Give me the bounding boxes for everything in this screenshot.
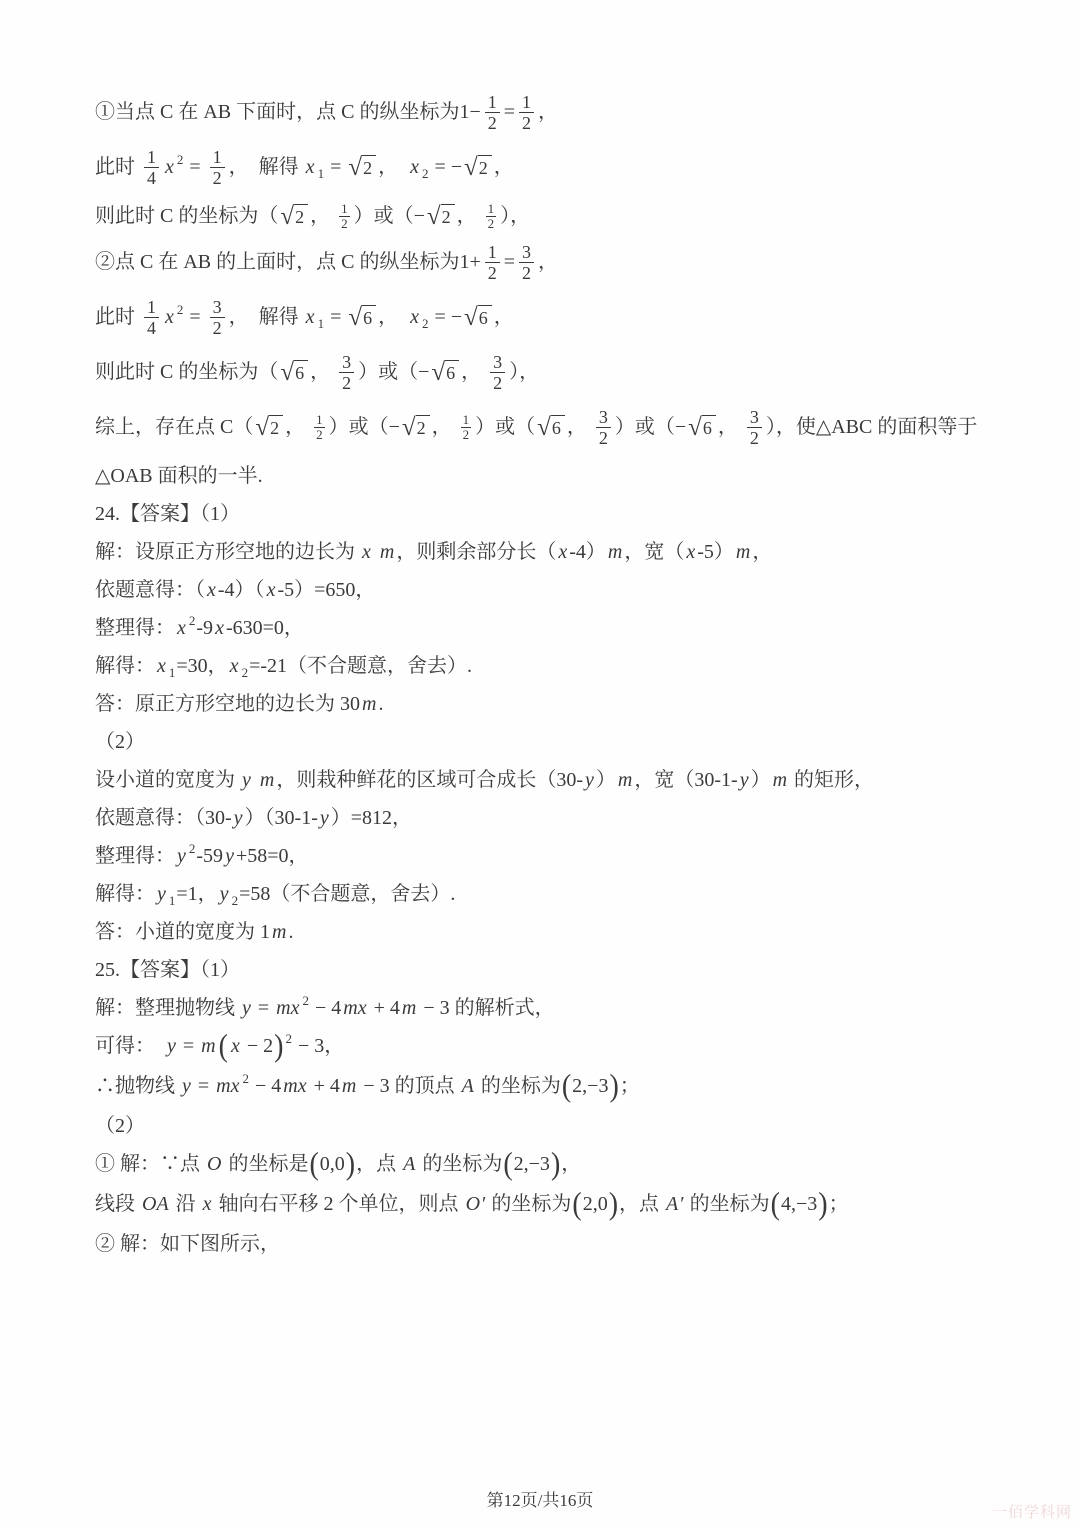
text-segment: ）或（ — [475, 413, 535, 442]
fraction-numerator: 1 — [485, 242, 500, 262]
fraction-denominator: 2 — [519, 112, 534, 133]
radicand: 6 — [702, 415, 716, 439]
fraction-denominator: 4 — [144, 167, 159, 188]
square-root: √2 — [427, 204, 455, 229]
fraction: 32 — [596, 407, 611, 448]
text-segment: -630=0， — [226, 614, 304, 643]
text-segment: = − — [429, 153, 462, 182]
text-segment: ； — [620, 1072, 640, 1101]
subscript: 1 — [317, 309, 326, 338]
text-segment: 答：原正方形空地的边长为 30 — [95, 690, 360, 719]
square-root: √6 — [464, 305, 492, 330]
text-line: 答：原正方形空地的边长为 30m. — [95, 690, 1045, 719]
text-segment: ， — [561, 1150, 581, 1179]
fraction-numerator: 1 — [519, 92, 534, 112]
text-line: ② 解：如下图所示， — [95, 1230, 1045, 1259]
radicand: 2 — [441, 204, 455, 228]
radical-sign: √ — [427, 204, 441, 229]
text-segment: （2） — [95, 728, 145, 757]
superscript: 2 — [302, 986, 311, 1015]
text-segment: +58=0， — [236, 842, 309, 871]
text-segment: ， — [494, 153, 514, 182]
text-line: 此时 14x2 = 12， 解得 x1 = √2， x2 = −√2， — [95, 147, 1045, 188]
text-segment: 则此时 C 的坐标为（ — [95, 202, 278, 231]
radicand: 2 — [294, 204, 308, 228]
text-segment: ， 解得 — [229, 153, 304, 182]
text-segment: ，点 — [619, 1190, 664, 1219]
text-segment: ）=812， — [331, 804, 412, 833]
square-root: √2 — [255, 415, 283, 440]
text-segment: -4） — [569, 538, 606, 567]
math-variable: y — [165, 1032, 178, 1061]
fraction-numerator: 3 — [596, 407, 611, 427]
fraction: 32 — [210, 297, 225, 338]
text-segment: ）或（− — [329, 413, 400, 442]
text-segment: = − — [429, 303, 462, 332]
text-segment: 可得： — [95, 1032, 165, 1061]
square-root: √2 — [464, 155, 492, 180]
text-segment: -4）（ — [218, 576, 265, 605]
text-segment: = — [504, 248, 515, 277]
superscript: 2 — [188, 606, 197, 635]
math-variable: m — [400, 994, 418, 1023]
math-variable: mx — [281, 1072, 308, 1101]
text-segment: ① 解：∵点 — [95, 1150, 205, 1179]
text-line: 整理得：y2-59y+58=0， — [95, 842, 1045, 871]
text-segment: 此时 — [95, 153, 140, 182]
text-line: 此时 14x2 = 32， 解得 x1 = √6， x2 = −√6， — [95, 297, 1045, 338]
text-segment: ②点 C 在 AB 的上面时，点 C 的纵坐标为1+ — [95, 248, 481, 277]
text-line: ②点 C 在 AB 的上面时，点 C 的纵坐标为1+12=32， — [95, 242, 1045, 283]
fraction-numerator: 3 — [519, 242, 534, 262]
math-variable: x — [304, 153, 317, 182]
text-segment: ， — [310, 202, 335, 231]
fraction: 12 — [485, 92, 500, 133]
text-segment: + 4 — [369, 994, 400, 1023]
math-variable: OA — [140, 1190, 171, 1219]
text-segment: 依题意得：（ — [95, 576, 205, 605]
superscript: 2 — [176, 145, 185, 174]
radical-sign: √ — [348, 305, 362, 330]
text-line: 解：设原正方形空地的边长为 x m，则剩余部分长（x-4）m，宽（x-5）m， — [95, 538, 1045, 567]
text-segment: 0,0 — [320, 1150, 345, 1179]
text-segment: 25.【答案】（1） — [95, 956, 240, 985]
math-variable: O — [205, 1150, 223, 1179]
fraction-numerator: 3 — [210, 297, 225, 317]
square-root: √2 — [402, 415, 430, 440]
text-segment: ， — [310, 358, 335, 387]
text-line: ①当点 C 在 AB 下面时，点 C 的纵坐标为1−12=12， — [95, 92, 1045, 133]
radicand: 6 — [294, 360, 308, 384]
text-segment: （2） — [95, 1112, 145, 1141]
big-paren: ( — [218, 1030, 229, 1062]
fraction: 14 — [144, 147, 159, 188]
square-root: √2 — [348, 155, 376, 180]
math-variable: y — [583, 766, 596, 795]
text-line: 整理得：x2-9x-630=0， — [95, 614, 1045, 643]
text-segment: 轴向右平移 2 个单位，则点 — [214, 1190, 464, 1219]
text-segment: ）或（− — [615, 413, 686, 442]
big-paren: ) — [817, 1188, 828, 1220]
text-segment: 2,0 — [583, 1190, 608, 1219]
math-variable: x — [213, 614, 226, 643]
text-segment: △OAB 面积的一半. — [95, 462, 263, 491]
math-variable: y — [232, 804, 245, 833]
square-root: √6 — [348, 305, 376, 330]
text-segment: 2,−3 — [514, 1150, 550, 1179]
radicand: 6 — [551, 415, 565, 439]
text-segment: 沿 — [171, 1190, 201, 1219]
big-paren: ) — [550, 1148, 561, 1180]
math-variable: y — [240, 766, 253, 795]
text-segment: − 3 的顶点 — [358, 1072, 459, 1101]
text-segment: ， — [718, 413, 743, 442]
text-segment: = — [325, 303, 346, 332]
text-segment: = — [325, 153, 346, 182]
radical-sign: √ — [255, 415, 269, 440]
math-variable: m — [270, 918, 288, 947]
text-segment: ， — [461, 358, 486, 387]
fraction-denominator: 2 — [314, 427, 325, 442]
fraction: 12 — [314, 413, 325, 442]
math-variable: m — [360, 690, 378, 719]
text-segment: ； — [829, 1190, 849, 1219]
math-variable: A — [664, 1190, 680, 1219]
math-variable: m — [199, 1032, 217, 1061]
text-segment: =-21（不合题意，舍去）. — [249, 652, 472, 681]
fraction: 32 — [490, 352, 505, 393]
text-segment: 整理得： — [95, 614, 175, 643]
text-segment: . — [288, 918, 293, 947]
big-paren: ( — [502, 1148, 513, 1180]
text-segment: ，则剩余部分长（ — [396, 538, 556, 567]
text-segment: 解得： — [95, 652, 155, 681]
math-variable: m — [378, 538, 396, 567]
big-paren: ) — [608, 1070, 619, 1102]
math-variable: x — [556, 538, 569, 567]
superscript: 2 — [242, 1064, 251, 1093]
text-segment: ） — [596, 766, 616, 795]
radical-sign: √ — [537, 415, 551, 440]
fraction-denominator: 2 — [485, 112, 500, 133]
text-segment: 的坐标为 — [417, 1150, 502, 1179]
math-variable: x — [229, 1032, 242, 1061]
math-variable: m — [771, 766, 789, 795]
fraction-numerator: 1 — [339, 202, 350, 216]
square-root: √2 — [280, 204, 308, 229]
text-segment: 解：整理抛物线 — [95, 994, 240, 1023]
text-segment: 4,−3 — [781, 1190, 817, 1219]
text-segment: ， — [538, 98, 558, 127]
math-variable: mx — [341, 994, 368, 1023]
text-segment: =30， — [176, 652, 227, 681]
text-segment: ∴抛物线 — [95, 1072, 180, 1101]
math-variable: y — [240, 994, 253, 1023]
text-segment: ， 解得 — [229, 303, 304, 332]
subscript: 2 — [231, 886, 240, 915]
radicand: 6 — [362, 305, 376, 329]
fraction: 12 — [485, 242, 500, 283]
math-variable: x — [175, 614, 188, 643]
math-variable: x — [205, 576, 218, 605]
fraction-numerator: 1 — [210, 147, 225, 167]
math-variable: x — [228, 652, 241, 681]
text-segment: 整理得： — [95, 842, 175, 871]
page-number: 第12页/共16页 — [0, 1486, 1080, 1511]
fraction-numerator: 3 — [339, 352, 354, 372]
math-variable: x — [265, 576, 278, 605]
text-segment: ，点 — [356, 1150, 401, 1179]
fraction: 12 — [486, 202, 497, 231]
text-segment: ② 解：如下图所示， — [95, 1230, 280, 1259]
text-segment: ）， — [509, 358, 539, 387]
text-segment: -9 — [196, 614, 213, 643]
fraction-numerator: 1 — [314, 413, 325, 427]
text-segment: ）或（− — [358, 358, 429, 387]
big-paren: ) — [345, 1148, 356, 1180]
fraction: 12 — [339, 202, 350, 231]
fraction-numerator: 1 — [461, 413, 472, 427]
text-line: 答：小道的宽度为 1m. — [95, 918, 1045, 947]
text-line: ① 解：∵点 O 的坐标是(0,0)，点 A 的坐标为(2,−3)， — [95, 1150, 1045, 1179]
text-segment: 24.【答案】（1） — [95, 500, 240, 529]
math-variable: y — [318, 804, 331, 833]
fraction-denominator: 4 — [144, 317, 159, 338]
fraction-denominator: 2 — [339, 216, 350, 231]
math-variable: mx — [274, 994, 301, 1023]
text-segment: = — [184, 303, 205, 332]
fraction-denominator: 2 — [461, 427, 472, 442]
text-segment: 线段 — [95, 1190, 140, 1219]
text-segment: = — [178, 1032, 199, 1061]
watermark: 一佰学科网 — [992, 1501, 1072, 1522]
fraction-denominator: 2 — [210, 317, 225, 338]
text-segment: 解：设原正方形空地的边长为 — [95, 538, 360, 567]
text-segment: ，宽（ — [624, 538, 684, 567]
text-line: 解得：x1=30，x2=-21（不合题意，舍去）. — [95, 652, 1045, 681]
radical-sign: √ — [464, 305, 478, 330]
text-segment: ， — [378, 153, 408, 182]
radical-sign: √ — [280, 204, 294, 229]
radical-sign: √ — [402, 415, 416, 440]
fraction-denominator: 2 — [339, 372, 354, 393]
fraction: 14 — [144, 297, 159, 338]
math-variable: m — [734, 538, 752, 567]
text-line: （2） — [95, 1112, 1045, 1141]
fraction: 32 — [747, 407, 762, 448]
text-line: 依题意得：（x-4）（x-5）=650， — [95, 576, 1045, 605]
text-segment: − 4 — [250, 1072, 281, 1101]
text-segment: ， — [432, 413, 457, 442]
fraction-denominator: 2 — [747, 427, 762, 448]
text-segment: -5） — [697, 538, 734, 567]
text-segment: ）（30-1- — [245, 804, 318, 833]
text-segment: 答：小道的宽度为 1 — [95, 918, 270, 947]
text-line: 则此时 C 的坐标为（√2， 12）或（−√2， 12）， — [95, 202, 1045, 231]
big-paren: ) — [273, 1030, 284, 1062]
text-line: 24.【答案】（1） — [95, 500, 1045, 529]
radical-sign: √ — [688, 415, 702, 440]
text-segment: − 4 — [310, 994, 341, 1023]
text-segment: 此时 — [95, 303, 140, 332]
square-root: √6 — [688, 415, 716, 440]
math-variable: x — [408, 153, 421, 182]
text-segment: 依题意得：（30- — [95, 804, 232, 833]
fraction-numerator: 1 — [144, 297, 159, 317]
big-paren: ( — [571, 1188, 582, 1220]
math-variable: y — [223, 842, 236, 871]
fraction: 12 — [210, 147, 225, 188]
math-variable: x — [163, 303, 176, 332]
fraction-denominator: 2 — [490, 372, 505, 393]
fraction-numerator: 1 — [486, 202, 497, 216]
text-segment: ， — [378, 303, 408, 332]
text-segment: -59 — [196, 842, 223, 871]
answer-content: ①当点 C 在 AB 下面时，点 C 的纵坐标为1−12=12，此时 14x2 … — [95, 84, 1045, 1268]
fraction: 32 — [519, 242, 534, 283]
math-variable: y — [175, 842, 188, 871]
fraction-denominator: 2 — [519, 262, 534, 283]
radicand: 6 — [445, 360, 459, 384]
big-paren: ( — [561, 1070, 572, 1102]
text-line: 综上，存在点 C（√2， 12）或（−√2， 12）或（√6， 32）或（−√6… — [95, 407, 1045, 448]
radical-sign: √ — [464, 155, 478, 180]
text-segment: . — [378, 690, 383, 719]
math-variable: y — [218, 880, 231, 909]
superscript: 2 — [176, 295, 185, 324]
text-line: △OAB 面积的一半. — [95, 462, 1045, 491]
text-segment: ）或（− — [354, 202, 425, 231]
math-variable: x — [360, 538, 373, 567]
math-variable: x — [155, 652, 168, 681]
text-segment: ， — [567, 413, 592, 442]
square-root: √6 — [537, 415, 565, 440]
text-line: 设小道的宽度为 y m，则栽种鲜花的区域可合成长（30-y）m，宽（30-1-y… — [95, 766, 1045, 795]
math-variable: m — [616, 766, 634, 795]
fraction: 12 — [461, 413, 472, 442]
text-line: 25.【答案】（1） — [95, 956, 1045, 985]
fraction-denominator: 2 — [596, 427, 611, 448]
text-segment: ， — [538, 248, 558, 277]
big-paren: ( — [770, 1188, 781, 1220]
radical-sign: √ — [348, 155, 362, 180]
subscript: 2 — [241, 658, 250, 687]
subscript: 1 — [168, 658, 177, 687]
text-segment: = — [504, 98, 515, 127]
radical-sign: √ — [431, 360, 445, 385]
square-root: √6 — [280, 360, 308, 385]
math-variable: x — [304, 303, 317, 332]
text-line: 依题意得：（30-y）（30-1-y）=812， — [95, 804, 1045, 833]
math-variable: y — [180, 1072, 193, 1101]
math-variable: y — [155, 880, 168, 909]
subscript: 2 — [421, 309, 430, 338]
fraction-numerator: 1 — [144, 147, 159, 167]
text-segment: ），使△ABC 的面积等于 — [766, 413, 978, 442]
text-line: ∴抛物线 y = mx2 − 4mx + 4m − 3 的顶点 A 的坐标为(2… — [95, 1072, 1045, 1101]
text-segment: 设小道的宽度为 — [95, 766, 240, 795]
text-segment: 的矩形， — [789, 766, 874, 795]
fraction-denominator: 2 — [210, 167, 225, 188]
superscript: 2 — [284, 1024, 293, 1053]
text-segment: = — [184, 153, 205, 182]
text-segment: ， — [285, 413, 310, 442]
text-segment: ，宽（30-1- — [634, 766, 737, 795]
text-segment: − 3， — [293, 1032, 344, 1061]
answer-sheet-page: ①当点 C 在 AB 下面时，点 C 的纵坐标为1−12=12，此时 14x2 … — [0, 0, 1080, 1527]
fraction-numerator: 3 — [747, 407, 762, 427]
text-segment: =58（不合题意，舍去）. — [239, 880, 455, 909]
text-segment: ， — [494, 303, 514, 332]
radicand: 2 — [269, 415, 283, 439]
fraction: 32 — [339, 352, 354, 393]
fraction-denominator: 2 — [485, 262, 500, 283]
text-segment: 2,−3 — [572, 1072, 608, 1101]
text-segment: ′ 的坐标为 — [680, 1190, 769, 1219]
text-line: 解：整理抛物线 y = mx2 − 4mx + 4m − 3 的解析式， — [95, 994, 1045, 1023]
big-paren: ) — [608, 1188, 619, 1220]
text-segment: 的坐标是 — [223, 1150, 308, 1179]
math-variable: y — [738, 766, 751, 795]
superscript: 2 — [188, 834, 197, 863]
math-variable: A — [460, 1072, 476, 1101]
text-line: 解得：y1=1，y2=58（不合题意，舍去）. — [95, 880, 1045, 909]
square-root: √6 — [431, 360, 459, 385]
text-segment: = — [253, 994, 274, 1023]
radicand: 6 — [478, 305, 492, 329]
fraction-numerator: 3 — [490, 352, 505, 372]
subscript: 1 — [317, 159, 326, 188]
text-segment: =1， — [176, 880, 217, 909]
text-segment: ， — [752, 538, 772, 567]
text-line: 可得： y = m(x − 2)2 − 3， — [95, 1032, 1045, 1061]
math-variable: A — [401, 1150, 417, 1179]
math-variable: m — [258, 766, 276, 795]
text-segment: ， — [457, 202, 482, 231]
big-paren: ( — [308, 1148, 319, 1180]
text-segment: 的坐标为 — [476, 1072, 561, 1101]
radicand: 2 — [362, 155, 376, 179]
subscript: 2 — [421, 159, 430, 188]
text-segment: 则此时 C 的坐标为（ — [95, 358, 278, 387]
text-segment: 解得： — [95, 880, 155, 909]
text-line: 线段 OA 沿 x 轴向右平移 2 个单位，则点 O′ 的坐标为(2,0)，点 … — [95, 1190, 1045, 1219]
math-variable: x — [201, 1190, 214, 1219]
math-variable: mx — [214, 1072, 241, 1101]
math-variable: m — [340, 1072, 358, 1101]
text-segment: ′ 的坐标为 — [482, 1190, 571, 1219]
math-variable: x — [684, 538, 697, 567]
fraction-numerator: 1 — [485, 92, 500, 112]
text-line: （2） — [95, 728, 1045, 757]
text-segment: ，则栽种鲜花的区域可合成长（30- — [276, 766, 583, 795]
fraction-denominator: 2 — [486, 216, 497, 231]
text-segment: − 3 的解析式， — [418, 994, 554, 1023]
radical-sign: √ — [280, 360, 294, 385]
text-segment: ） — [751, 766, 771, 795]
math-variable: O — [464, 1190, 482, 1219]
math-variable: x — [408, 303, 421, 332]
text-segment: = — [193, 1072, 214, 1101]
radicand: 2 — [416, 415, 430, 439]
text-segment: -5）=650， — [277, 576, 375, 605]
math-variable: x — [163, 153, 176, 182]
math-variable: m — [606, 538, 624, 567]
text-segment: 综上，存在点 C（ — [95, 413, 253, 442]
subscript: 1 — [168, 886, 177, 915]
text-segment: − 2 — [242, 1032, 273, 1061]
text-line: 则此时 C 的坐标为（√6， 32）或（−√6， 32）， — [95, 352, 1045, 393]
